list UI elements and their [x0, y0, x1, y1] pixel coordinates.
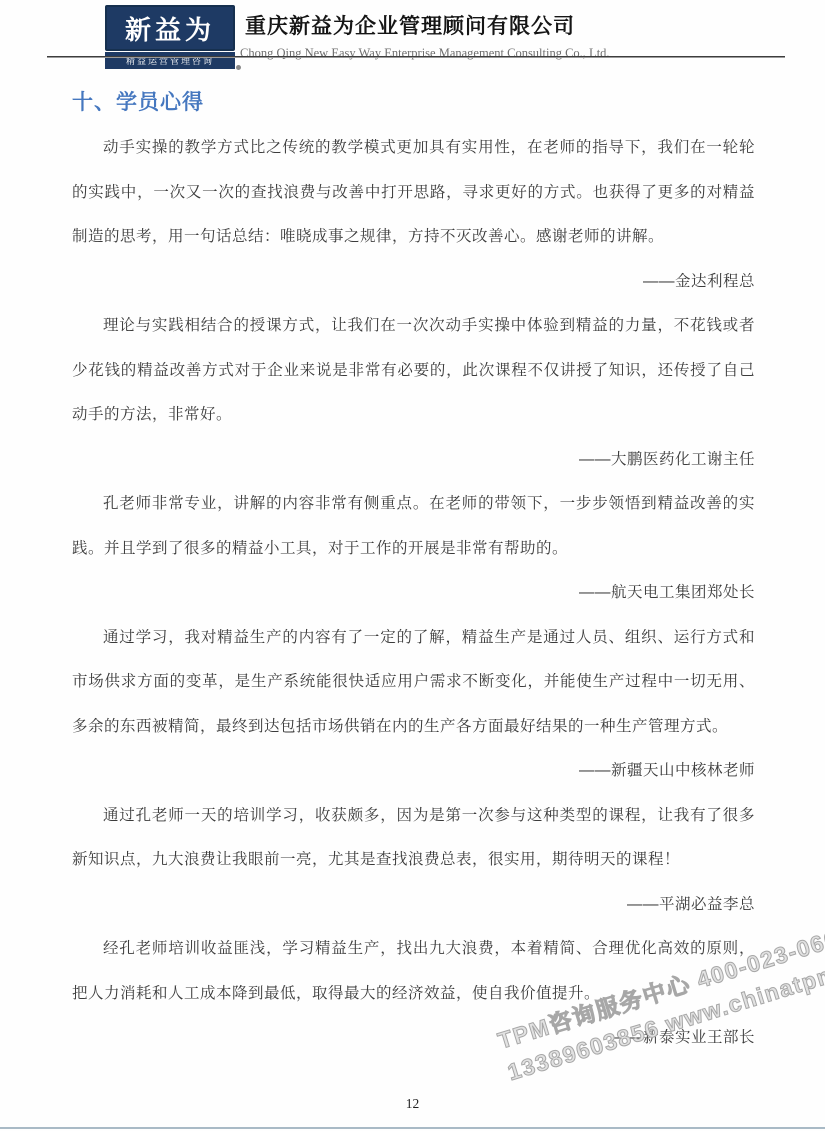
testimonial-text-1: 动手实操的教学方式比之传统的教学模式更加具有实用性，在老师的指导下，我们在一轮轮…	[72, 126, 755, 260]
page-bottom-edge	[0, 1127, 825, 1129]
registered-mark-dot	[236, 65, 241, 70]
testimonial-attribution-6: ——新泰实业王部长	[72, 1016, 755, 1061]
testimonial-attribution-3: ——航天电工集团郑处长	[72, 571, 755, 616]
header-divider	[47, 56, 785, 58]
document-body: 十、学员心得 动手实操的教学方式比之传统的教学模式更加具有实用性，在老师的指导下…	[72, 88, 755, 1061]
testimonial-attribution-4: ——新疆天山中核林老师	[72, 749, 755, 794]
company-name-cn: 重庆新益为企业管理顾问有限公司	[240, 10, 580, 40]
company-name-en: Chong Qing New Easy Way Enterprise Manag…	[240, 46, 580, 61]
testimonial-text-6: 经孔老师培训收益匪浅，学习精益生产，找出九大浪费，本着精简、合理优化高效的原则，…	[72, 927, 755, 1016]
logo-wordmark: 新益为	[105, 5, 235, 51]
testimonial-attribution-1: ——金达利程总	[72, 260, 755, 305]
section-title: 十、学员心得	[72, 88, 755, 118]
testimonial-attribution-5: ——平湖必益李总	[72, 883, 755, 928]
company-name-block: 重庆新益为企业管理顾问有限公司 Chong Qing New Easy Way …	[240, 10, 580, 61]
page-number: 12	[0, 1096, 825, 1112]
testimonial-attribution-2: ——大鹏医药化工谢主任	[72, 438, 755, 483]
testimonial-text-3: 孔老师非常专业，讲解的内容非常有侧重点。在老师的带领下，一步步领悟到精益改善的实…	[72, 482, 755, 571]
testimonial-text-4: 通过学习，我对精益生产的内容有了一定的了解，精益生产是通过人员、组织、运行方式和…	[72, 616, 755, 750]
testimonial-text-2: 理论与实践相结合的授课方式，让我们在一次次动手实操中体验到精益的力量，不花钱或者…	[72, 304, 755, 438]
document-page: 新益为 精益运营管理咨询 重庆新益为企业管理顾问有限公司 Chong Qing …	[0, 0, 825, 1131]
company-logo: 新益为 精益运营管理咨询	[105, 5, 235, 69]
testimonial-text-5: 通过孔老师一天的培训学习，收获颇多，因为是第一次参与这种类型的课程，让我有了很多…	[72, 794, 755, 883]
logo-tagline: 精益运营管理咨询	[105, 52, 235, 69]
